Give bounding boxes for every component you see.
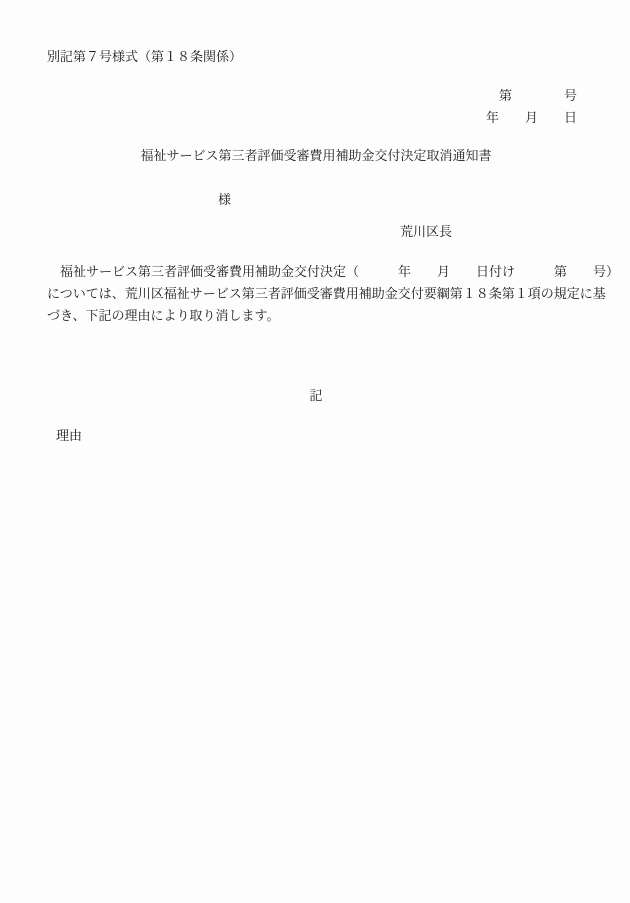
document-page: 別記第７号様式（第１８条関係） 第 号 年 月 日 福祉サービス第三者評価受審費… xyxy=(0,0,630,903)
document-number-line: 第 号 xyxy=(47,85,577,107)
body-line: 福祉サービス第三者評価受審費用補助金交付決定（ 年 月 日付け 第 号） xyxy=(47,261,585,283)
sender-line: 荒川区長 xyxy=(47,221,585,243)
body-line: づき、下記の理由により取り消します。 xyxy=(47,305,585,327)
document-title: 福祉サービス第三者評価受審費用補助金交付決定取消通知書 xyxy=(47,145,585,167)
record-marker: 記 xyxy=(47,385,585,407)
date-line: 年 月 日 xyxy=(47,107,577,129)
body-line: については、荒川区福祉サービス第三者評価受審費用補助金交付要綱第１８条第１項の規… xyxy=(47,283,585,305)
header-right-block: 第 号 年 月 日 xyxy=(47,85,585,129)
body-paragraph: 福祉サービス第三者評価受審費用補助金交付決定（ 年 月 日付け 第 号） につい… xyxy=(47,261,585,327)
reason-label: 理由 xyxy=(47,425,585,447)
form-number: 別記第７号様式（第１８条関係） xyxy=(47,50,585,64)
addressee-line: 様 xyxy=(47,189,585,211)
